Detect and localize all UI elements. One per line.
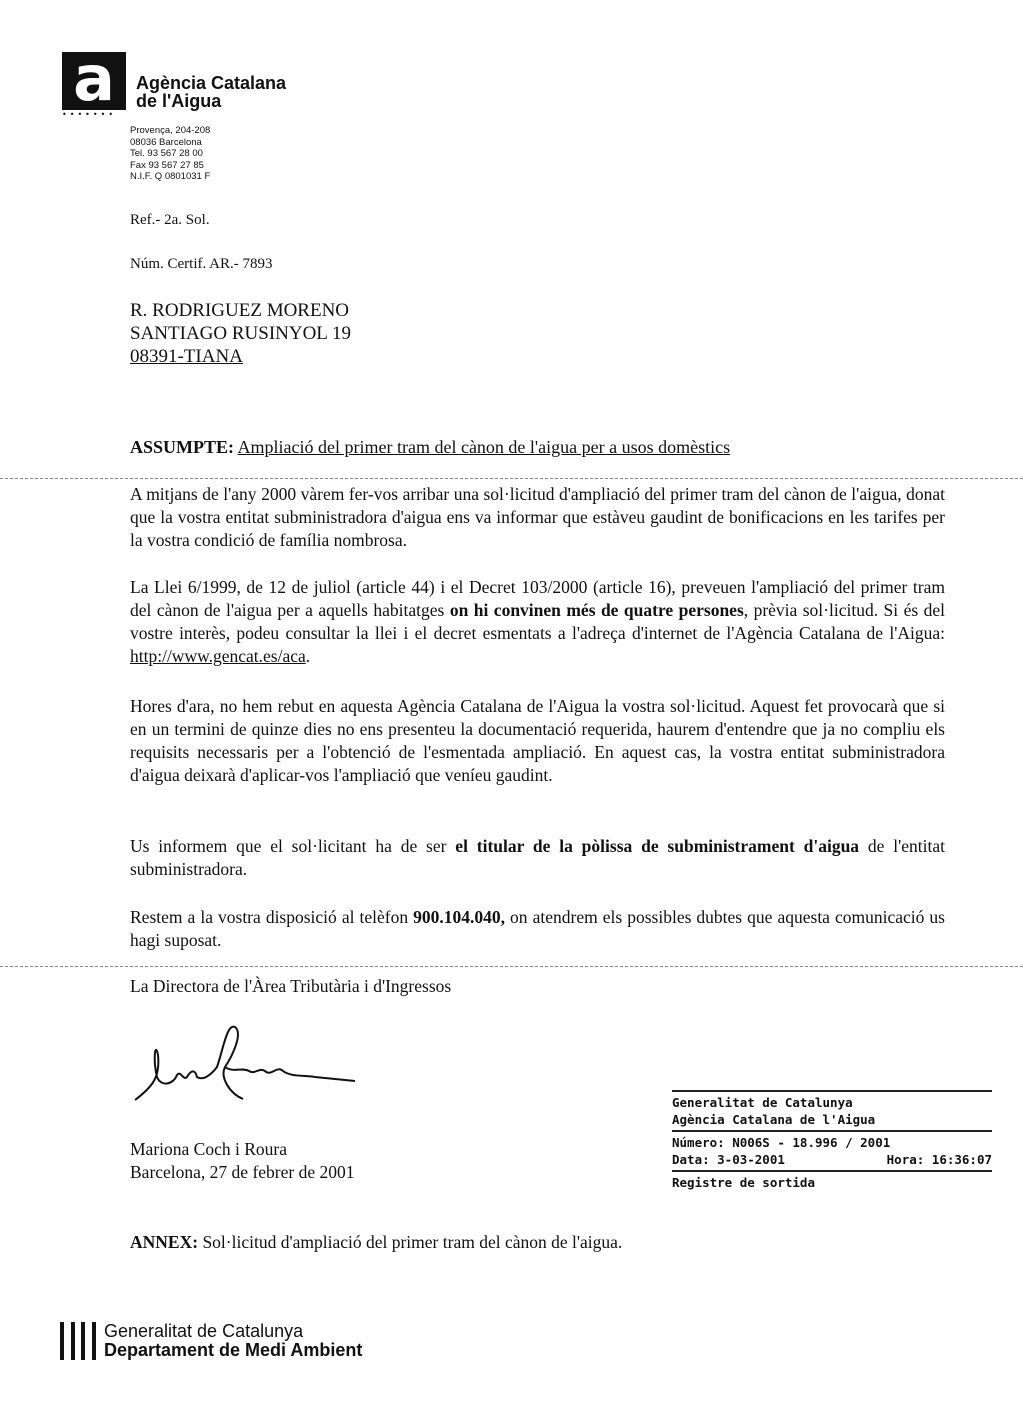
stamp-issuer-line2: Agència Catalana de l'Aigua bbox=[672, 1111, 992, 1128]
signer-details: Mariona Coch i Roura Barcelona, 27 de fe… bbox=[130, 1138, 354, 1184]
paragraph-1: A mitjans de l'any 2000 vàrem fer-vos ar… bbox=[130, 483, 945, 552]
footer-line2: Departament de Medi Ambient bbox=[104, 1341, 362, 1360]
subject-label: ASSUMPTE: bbox=[130, 437, 234, 457]
org-name-line1: Agència Catalana bbox=[136, 74, 286, 92]
registry-stamp: Generalitat de Catalunya Agència Catalan… bbox=[672, 1088, 992, 1191]
organization-address: Provença, 204-208 08036 Barcelona Tel. 9… bbox=[130, 125, 210, 183]
certificate-number: Núm. Certif. AR.- 7893 bbox=[130, 256, 273, 273]
recipient-address: R. RODRIGUEZ MORENO SANTIAGO RUSINYOL 19… bbox=[130, 299, 351, 368]
paragraph-5: Restem a la vostra disposició al telèfon… bbox=[130, 906, 945, 952]
recipient-street: SANTIAGO RUSINYOL 19 bbox=[130, 322, 351, 345]
logo-dots-decoration: ••••••• bbox=[62, 112, 132, 118]
subject-text: Ampliació del primer tram del cànon de l… bbox=[238, 437, 731, 457]
paragraph-4: Us informem que el sol·licitant ha de se… bbox=[130, 835, 945, 881]
agency-logo-letter: a bbox=[62, 44, 126, 114]
paragraph-3: Hores d'ara, no hem rebut en aquesta Agè… bbox=[130, 695, 945, 787]
stamp-rule bbox=[672, 1130, 992, 1132]
stamp-issuer-line1: Generalitat de Catalunya bbox=[672, 1094, 992, 1111]
address-fax: Fax 93 567 27 85 bbox=[130, 160, 210, 172]
organization-name: Agència Catalana de l'Aigua bbox=[136, 74, 286, 110]
stamp-date-row: Data: 3-03-2001 Hora: 16:36:07 bbox=[672, 1151, 992, 1168]
footer-department: Generalitat de Catalunya Departament de … bbox=[104, 1322, 362, 1360]
handwritten-signature bbox=[125, 1015, 365, 1125]
stamp-time: Hora: 16:36:07 bbox=[887, 1151, 992, 1168]
annex-text: Sol·licitud d'ampliació del primer tram … bbox=[202, 1232, 622, 1252]
subject-line: ASSUMPTE: Ampliació del primer tram del … bbox=[130, 437, 730, 458]
footer-line1: Generalitat de Catalunya bbox=[104, 1322, 362, 1341]
signer-title: La Directora de l'Àrea Tributària i d'In… bbox=[130, 976, 451, 997]
stamp-rule bbox=[672, 1090, 992, 1092]
recipient-name: R. RODRIGUEZ MORENO bbox=[130, 299, 351, 322]
paragraph-2-bold: on hi convinen més de quatre persones bbox=[450, 600, 744, 620]
stamp-number: Número: N006S - 18.996 / 2001 bbox=[672, 1134, 992, 1151]
paragraph-4-bold: el titular de la pòlissa de subministram… bbox=[455, 836, 859, 856]
agency-website-link[interactable]: http://www.gencat.es/aca bbox=[130, 646, 306, 666]
stamp-date: Data: 3-03-2001 bbox=[672, 1151, 785, 1168]
annex-line: ANNEX: Sol·licitud d'ampliació del prime… bbox=[130, 1232, 622, 1253]
phone-number: 900.104.040, bbox=[413, 907, 505, 927]
paragraph-2: La Llei 6/1999, de 12 de juliol (article… bbox=[130, 576, 945, 668]
scan-artifact-line bbox=[0, 478, 1023, 480]
paragraph-5-text: Restem a la vostra disposició al telèfon bbox=[130, 907, 413, 927]
reference-line: Ref.- 2a. Sol. bbox=[130, 212, 210, 229]
scan-artifact-line bbox=[0, 966, 1023, 968]
annex-label: ANNEX: bbox=[130, 1232, 198, 1252]
stamp-type: Registre de sortida bbox=[672, 1174, 992, 1191]
address-line: Provença, 204-208 bbox=[130, 125, 210, 137]
stamp-rule bbox=[672, 1170, 992, 1172]
recipient-postal-city: 08391-TIANA bbox=[130, 345, 351, 368]
generalitat-logo-icon bbox=[60, 1322, 96, 1360]
address-nif: N.I.F. Q 0801031 F bbox=[130, 171, 210, 183]
org-name-line2: de l'Aigua bbox=[136, 92, 286, 110]
signer-name: Mariona Coch i Roura bbox=[130, 1138, 354, 1161]
address-phone: Tel. 93 567 28 00 bbox=[130, 148, 210, 160]
place-date: Barcelona, 27 de febrer de 2001 bbox=[130, 1161, 354, 1184]
paragraph-4-text: Us informem que el sol·licitant ha de se… bbox=[130, 836, 455, 856]
agency-logo: a bbox=[62, 52, 126, 110]
address-line: 08036 Barcelona bbox=[130, 137, 210, 149]
paragraph-2-end: . bbox=[306, 646, 310, 666]
